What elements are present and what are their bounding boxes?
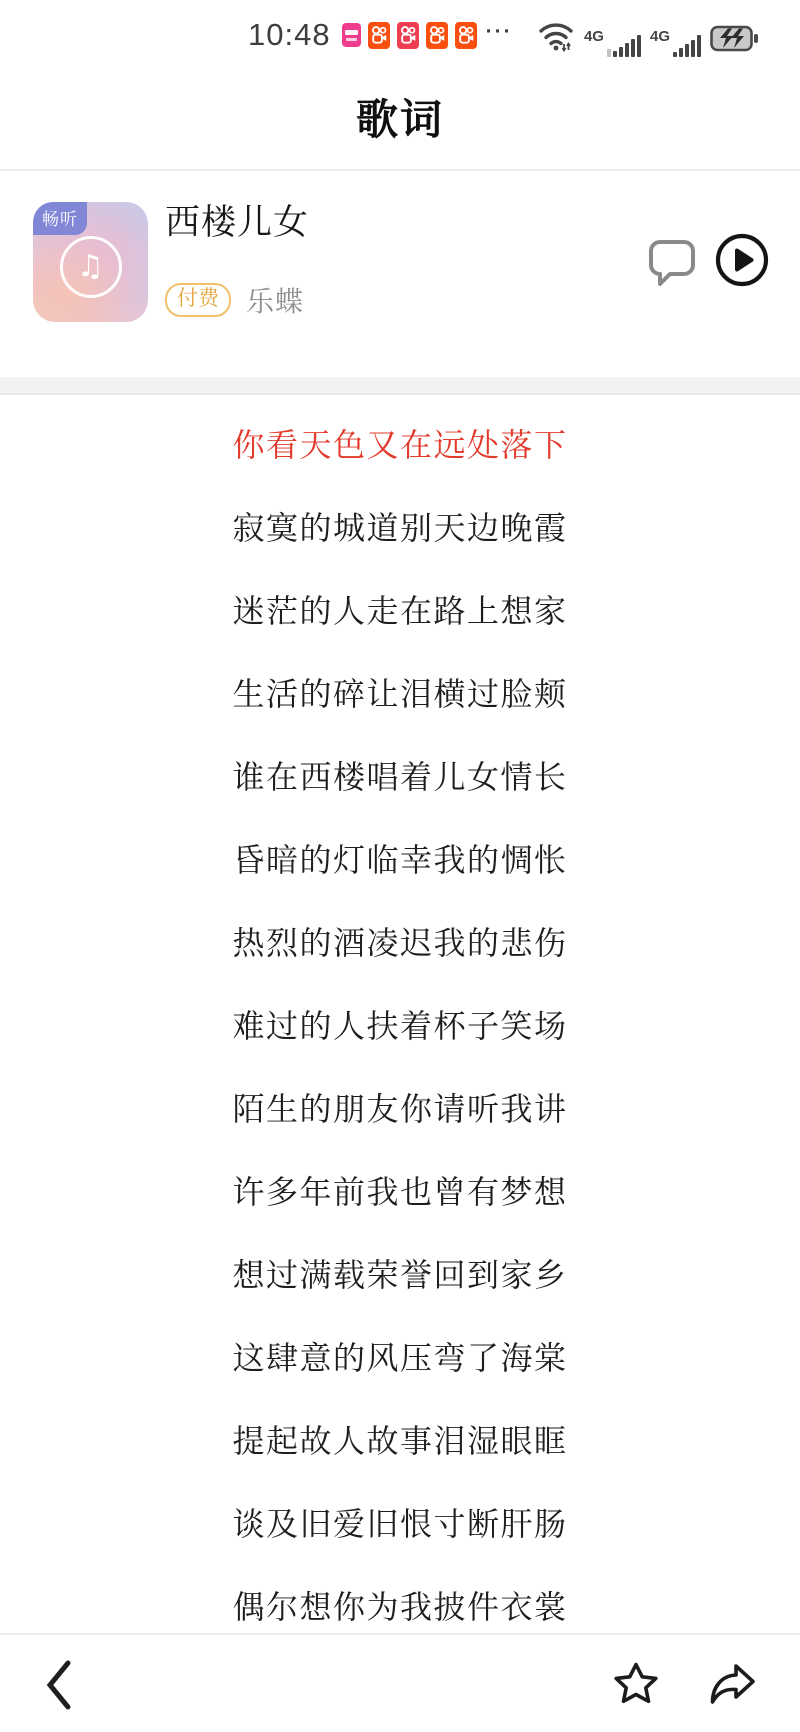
lyric-line: 提起故人故事泪湿眼眶 xyxy=(0,1400,800,1483)
favorite-button[interactable] xyxy=(612,1661,660,1707)
page-title: 歌词 xyxy=(0,70,800,169)
play-icon xyxy=(714,276,770,291)
lyric-line: 昏暗的灯临幸我的惆怅 xyxy=(0,819,800,902)
signal-sim1: 4G xyxy=(584,28,641,57)
notification-camera-icon xyxy=(397,22,419,49)
lyric-line: 许多年前我也曾有梦想 xyxy=(0,1151,800,1234)
header: 歌词 xyxy=(0,70,800,171)
notification-camera-icon xyxy=(426,22,448,49)
lyrics-page: 10:48 ··· xyxy=(0,0,800,1732)
notification-pink-app-icon xyxy=(342,23,361,47)
song-card: 畅听 ♫ 西楼儿女 付费 乐蝶 xyxy=(0,172,800,377)
lyric-line: 迷茫的人走在路上想家 xyxy=(0,570,800,653)
music-note-icon: ♫ xyxy=(60,236,122,298)
signal-sim2: 4G xyxy=(650,28,701,57)
clock: 10:48 xyxy=(248,17,331,53)
song-info: 西楼儿女 付费 乐蝶 xyxy=(165,200,309,320)
notification-camera-icon xyxy=(455,22,477,49)
play-button[interactable] xyxy=(714,232,770,288)
lyric-line-active: 你看天色又在远处落下 xyxy=(0,404,800,487)
lyric-line: 寂寞的城道别天边晚霞 xyxy=(0,487,800,570)
signal-bars-2 xyxy=(673,35,701,57)
chevron-left-icon xyxy=(43,1699,73,1714)
status-right-cluster: 4G 4G xyxy=(537,0,758,70)
back-button[interactable] xyxy=(42,1659,74,1711)
lyric-line: 这肆意的风压弯了海棠 xyxy=(0,1317,800,1400)
lyric-line: 想过满载荣誉回到家乡 xyxy=(0,1234,800,1317)
lyric-line: 谁在西楼唱着儿女情长 xyxy=(0,736,800,819)
status-left-cluster: 10:48 ··· xyxy=(248,0,513,70)
lyric-line: 陌生的朋友你请听我讲 xyxy=(0,1068,800,1151)
star-icon xyxy=(612,1695,660,1710)
comment-button[interactable] xyxy=(646,238,696,286)
lyric-line: 谈及旧爱旧恨寸断肝肠 xyxy=(0,1483,800,1566)
notification-camera-icon xyxy=(368,22,390,49)
more-notifications-ellipsis: ··· xyxy=(486,20,513,50)
lyric-line: 难过的人扶着杯子笑场 xyxy=(0,985,800,1068)
battery-charging-icon xyxy=(710,25,758,57)
song-meta: 付费 乐蝶 xyxy=(165,280,309,320)
section-separator xyxy=(0,377,800,395)
song-title: 西楼儿女 xyxy=(165,200,309,246)
share-arrow-icon xyxy=(708,1695,758,1710)
changting-badge: 畅听 xyxy=(33,202,87,235)
album-cover: 畅听 ♫ xyxy=(33,202,148,322)
share-button[interactable] xyxy=(708,1661,758,1707)
lyric-line: 生活的碎让泪横过脸颊 xyxy=(0,653,800,736)
wifi-icon xyxy=(537,20,575,57)
lyric-line: 热烈的酒凌迟我的悲伤 xyxy=(0,902,800,985)
paid-badge: 付费 xyxy=(165,283,231,316)
status-bar: 10:48 ··· xyxy=(0,0,800,70)
signal-bars-1 xyxy=(607,35,641,57)
artist-name: 乐蝶 xyxy=(246,280,304,320)
lyrics-list: 你看天色又在远处落下寂寞的城道别天边晚霞迷茫的人走在路上想家生活的碎让泪横过脸颊… xyxy=(0,404,800,1649)
comment-bubble-icon xyxy=(646,274,696,289)
bottom-toolbar xyxy=(0,1633,800,1732)
